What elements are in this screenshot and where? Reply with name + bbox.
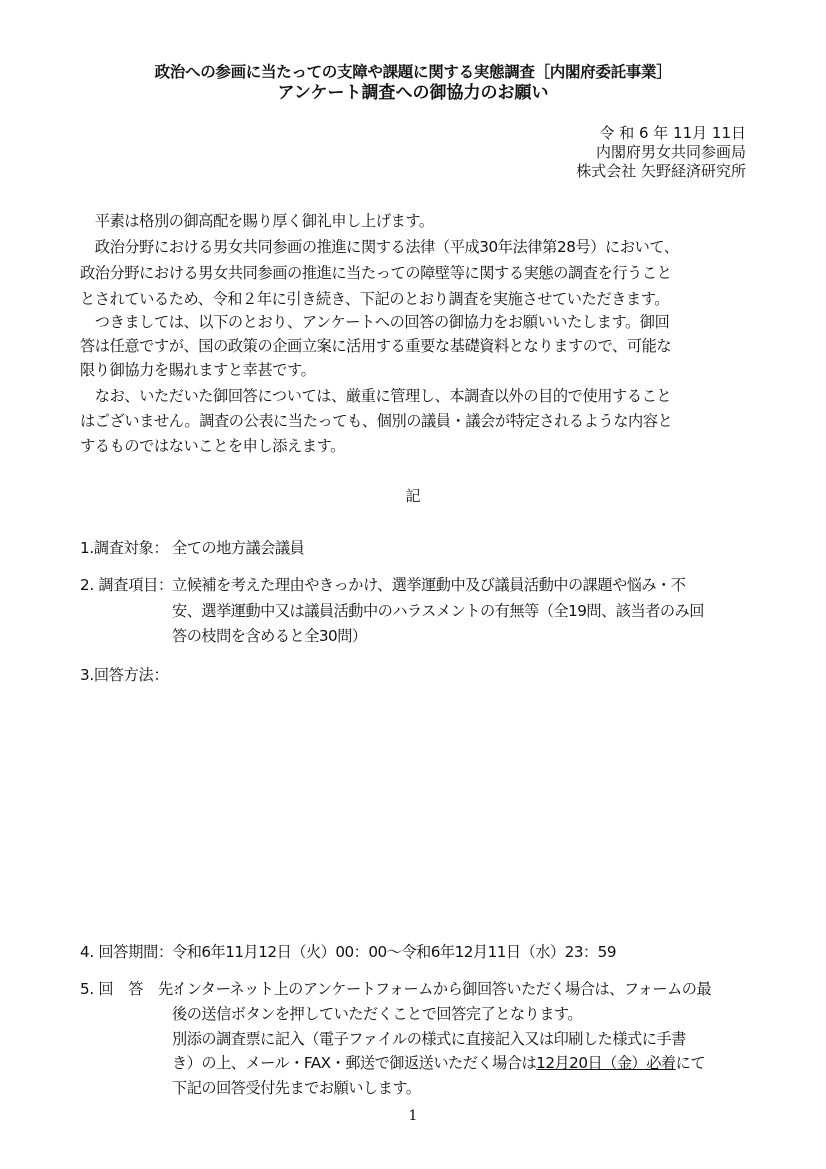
item-text: 立候補を考えた理由やきっかけ、選挙運動中及び議員活動中の課題や悩み・不 [172,574,685,595]
body-line: 政治分野における男女共同参画の推進に関する法律（平成30年法律第28号）において… [80,236,679,257]
ki-heading: 記 [0,485,826,506]
issue-date: 令 和 6 年 11月 11日 [599,124,746,142]
item-text: 安、選挙運動中又は議員活動中のハラスメントの有無等（全19問、該当者のみ回 [172,600,704,621]
item-text: 下記の回答受付先までお願いします。 [172,1077,420,1098]
deadline-emphasis: 12月20日（金）必着 [536,1054,675,1072]
body-line: 平素は格別の御高配を賜り厚く御礼申し上げます。 [80,210,434,231]
item-text: 全ての地方議会議員 [172,537,304,558]
item-text: き）の上、メール・FAX・郵送で御返送いただく場合は12月20日（金）必着にて [172,1052,705,1073]
body-line: 限り御協力を賜れますと幸甚です。 [80,359,315,380]
body-line: 答は任意ですが、国の政策の企画立案に活用する重要な基礎資料となりますので、可能な [80,335,671,356]
item-label: 2. 調査項目： [80,574,173,595]
body-line: つきましては、以下のとおり、アンケートへの回答の御協力をお願いいたします。御回 [80,311,669,332]
item-text: インターネット上のアンケートフォームから御回答いただく場合は、フォームの最 [172,978,711,999]
document-subtitle: アンケート調査への御協力のお願い [0,78,826,103]
item-label: 3.回答方法： [80,664,168,685]
body-line: とされているため、令和２年に引き続き、下記のとおり調査を実施させていただきます。 [80,288,669,309]
page-number: 1 [0,1108,826,1124]
contractor-organization: 株式会社 矢野経済研究所 [576,162,746,180]
body-line: はございません。調査の公表に当たっても、個別の議員・議会が特定されるような内容と [80,410,672,431]
item-label: 4. 回答期間： [80,941,173,962]
item-text-segment: にて [676,1054,705,1072]
issuer-organization: 内閣府男女共同参画局 [596,143,746,161]
body-line: なお、いただいた御回答については、厳重に管理し、本調査以外の目的で使用すること [80,385,671,406]
item-text: 令和6年11月12日（火）00：00～令和6年12月11日（水）23：59 [172,941,616,962]
body-line: 政治分野における男女共同参画の推進に当たっての障壁等に関する実態の調査を行うこと [80,262,672,283]
item-text: 別添の調査票に記入（電子ファイルの様式に直接記入又は印刷した様式に手書 [172,1028,686,1049]
item-text: 答の枝問を含めると全30問） [172,625,367,646]
body-line: するものではないことを申し添えます。 [80,435,345,456]
item-text: 後の送信ボタンを押していただくことで回答完了となります。 [172,1003,582,1024]
item-label: 1.調査対象： [80,537,168,558]
item-text-segment: き）の上、メール・FAX・郵送で御返送いただく場合は [172,1054,536,1072]
